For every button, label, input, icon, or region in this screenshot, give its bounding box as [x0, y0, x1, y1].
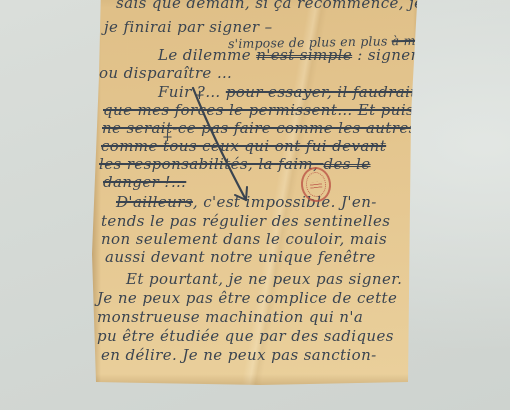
manuscript-line: danger !… [103, 173, 186, 191]
handwritten-text: Je ne peux pas être complice de cette [97, 289, 397, 307]
manuscript-page: sais que demain, si ça recommence, je je… [90, 0, 422, 388]
manuscript-line: monstrueuse machination qui n'a [97, 308, 363, 326]
manuscript-line: que mes forces le permissent… Et puis, [103, 101, 419, 119]
manuscript-line: ne serait-ce pas faire comme les autres [102, 119, 417, 137]
handwritten-text: monstrueuse machination qui n'a [97, 308, 363, 326]
handwritten-text: ou disparaître … [99, 64, 232, 82]
handwritten-text-struck: que mes forces le permissent… Et puis, [103, 101, 419, 119]
manuscript-line: D'ailleurs, c'est impossible. J'en- [116, 193, 377, 211]
manuscript-line: Le dilemme n'est simple : signer [158, 46, 418, 64]
handwritten-text: je finirai par signer – [104, 18, 273, 36]
handwritten-text: , c'est impossible. J'en- [193, 193, 377, 211]
manuscript-line: en délire. Je ne peux pas sanction- [101, 346, 377, 364]
manuscript-line: sais que demain, si ça recommence, je [116, 0, 423, 12]
handwritten-text: aussi devant notre unique fenêtre [105, 248, 376, 266]
handwritten-text: Fuir ?… [158, 83, 226, 101]
manuscript-line: non seulement dans le couloir, mais [101, 230, 387, 248]
insertion-caret-icon: + [194, 88, 205, 103]
stamp-center-mark [310, 181, 323, 188]
handwritten-text-struck: pour essayer, il faudrait [226, 83, 417, 101]
manuscript-photo: sais que demain, si ça recommence, je je… [0, 0, 510, 410]
manuscript-line: Je ne peux pas être complice de cette [97, 289, 397, 307]
handwritten-text-struck: D'ailleurs [116, 193, 193, 211]
manuscript-line: je finirai par signer – [104, 18, 273, 36]
handwritten-text: tends le pas régulier des sentinelles [101, 212, 390, 230]
manuscript-line: pu être étudiée que par des sadiques [97, 327, 394, 345]
handwritten-text-struck: danger !… [103, 173, 186, 191]
handwritten-text: non seulement dans le couloir, mais [101, 230, 387, 248]
handwritten-text: : signer [352, 46, 418, 64]
manuscript-line: Et pourtant, je ne peux pas signer. [126, 270, 402, 288]
handwritten-text: pu être étudiée que par des sadiques [97, 327, 394, 345]
handwritten-text-struck: des le [324, 155, 371, 173]
handwritten-text: Et pourtant, je ne peux pas signer. [126, 270, 402, 288]
handwritten-text-struck: les responsabilités, la faim, [99, 155, 324, 173]
handwritten-text: en délire. Je ne peux pas sanction- [101, 346, 377, 364]
manuscript-line: les responsabilités, la faim, des le [99, 155, 371, 173]
handwritten-text-struck: ne serait-ce pas faire comme les autres [102, 119, 417, 137]
handwritten-text: Le dilemme [158, 46, 256, 64]
manuscript-line: comme tous ceux qui ont fui devant [101, 137, 386, 155]
insertion-caret-icon: + [162, 130, 173, 145]
manuscript-line: tends le pas régulier des sentinelles [101, 212, 390, 230]
handwritten-text-struck: comme tous ceux qui ont fui devant [101, 137, 386, 155]
handwritten-text-struck: n'est simple [256, 46, 352, 64]
manuscript-line: aussi devant notre unique fenêtre [105, 248, 376, 266]
handwritten-text: sais que demain, si ça recommence, je [116, 0, 423, 12]
manuscript-line: ou disparaître … [99, 64, 232, 82]
